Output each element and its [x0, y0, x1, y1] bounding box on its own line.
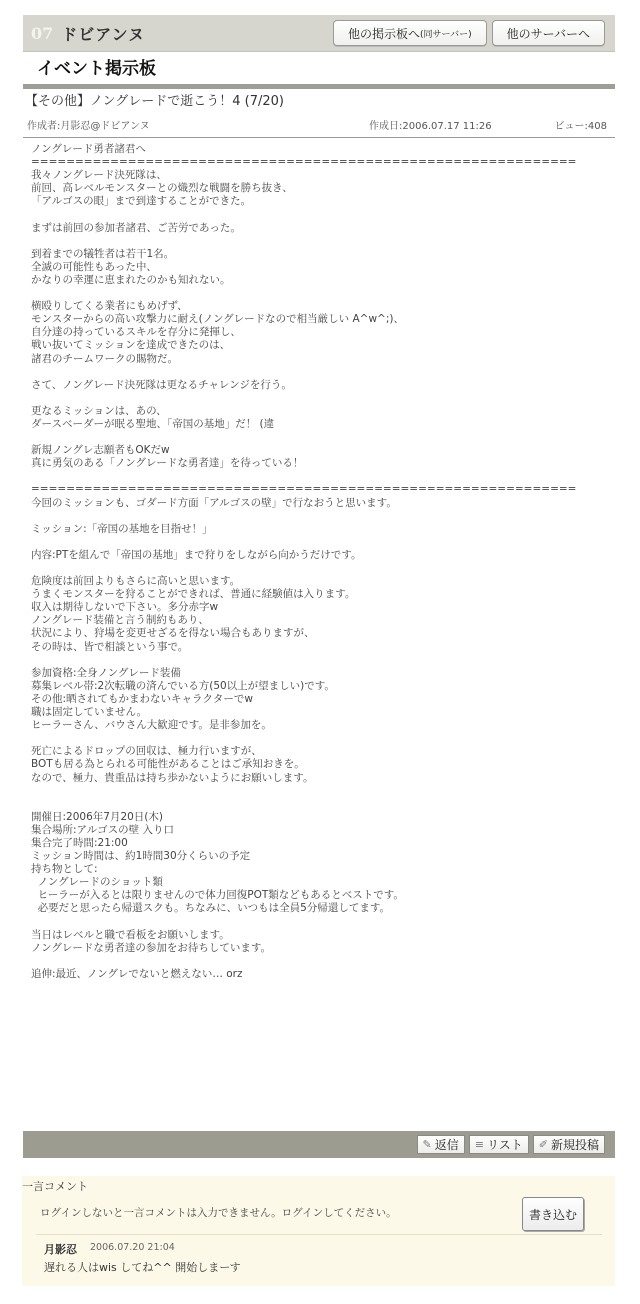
post-views: ビュー:408	[547, 117, 615, 137]
body-line: モンスターからの高い攻撃力に耐え(ノングレードなので相当厳しい A^w^;)、	[31, 313, 623, 326]
list-label: リスト	[487, 1136, 523, 1153]
created-label: 作成日:	[369, 121, 402, 132]
body-line: 横殴りしてくる業者にもめげず、	[31, 300, 623, 313]
body-line: 死亡によるドロップの回収は、極力行いますが、	[31, 745, 623, 758]
body-line: 前回、高レベルモンスターとの熾烈な戦闘を勝ち抜き、	[31, 182, 623, 195]
body-line	[31, 366, 623, 379]
body-line	[31, 470, 623, 483]
body-line: さて、ノングレード決死隊は更なるチャレンジを行う。	[31, 379, 623, 392]
body-line	[31, 536, 623, 549]
comment-author: 月影忍	[44, 1241, 77, 1257]
header-buttons: 他の掲示板へ(同サーバー) 他のサーバーへ	[333, 20, 605, 46]
body-line: ノングレードな勇者達の参加をお待ちしています。	[31, 942, 623, 955]
list-button[interactable]: ≡リスト	[469, 1135, 529, 1154]
body-line: 「アルゴスの眼」まで到達することができた。	[31, 195, 623, 208]
server-name: ドビアンヌ	[61, 22, 145, 45]
divider	[36, 1234, 602, 1235]
views-value: 408	[588, 121, 607, 132]
comment-date: 2006.07.20 21:04	[90, 1242, 175, 1253]
body-line: 危険度は前回よりもさらに高いと思います。	[31, 575, 623, 588]
body-line	[31, 287, 623, 300]
body-line: 状況により、狩場を変更せざるを得ない場合もありますが、	[31, 627, 623, 640]
body-line: 募集レベル帯:2次転職の済んでいる方(50以上が望ましい)です。	[31, 680, 623, 693]
body-line: 我々ノングレード決死隊は、	[31, 169, 623, 182]
body-line: 真に勇気のある「ノングレードな勇者達」を待っている！	[31, 457, 623, 470]
post-meta: 作成者:月影忍@ドビアンヌ 作成日:2006.07.17 11:26 ビュー:4…	[23, 117, 615, 138]
body-line: 今回のミッションも、ゴダード方面「アルゴスの壁」で行なおうと思います。	[31, 497, 623, 510]
body-line: その時は、皆で相談という事で。	[31, 641, 623, 654]
body-line: 自分達の持っているスキルを存分に発揮し、	[31, 326, 623, 339]
body-line: 当日はレベルと職で看板をお願いします。	[31, 929, 623, 942]
created-value: 2006.07.17 11:26	[402, 121, 491, 132]
body-line: 全滅の可能性もあった中、	[31, 261, 623, 274]
server-header: 07 ドビアンヌ 他の掲示板へ(同サーバー) 他のサーバーへ	[23, 15, 615, 52]
views-label: ビュー:	[555, 121, 588, 132]
body-line	[31, 392, 623, 405]
body-line: その他:晒されてもかまわないキャラクターでw	[31, 693, 623, 706]
author-label: 作成者:	[27, 121, 60, 132]
separator-line: ========================================…	[31, 156, 623, 169]
body-line: 新規ノングレ志願者もOKだw	[31, 444, 623, 457]
other-boards-button[interactable]: 他の掲示板へ(同サーバー)	[333, 20, 487, 46]
body-line: ノングレードのショット類	[31, 876, 623, 889]
board-title: イベント掲示板	[23, 54, 629, 84]
body-line: かなりの幸運に恵まれたのかも知れない。	[31, 274, 623, 287]
body-line: 収入は期待しないで下さい。多分赤字w	[31, 601, 623, 614]
body-line	[31, 798, 623, 811]
reply-label: 返信	[435, 1136, 459, 1153]
body-line: 必要だと思ったら帰還スクも。ちなみに、いつもは全員5分帰還してます。	[31, 902, 623, 915]
body-line: 持ち物として:	[31, 863, 623, 876]
comment-section-title: 一言コメント	[22, 1178, 88, 1194]
body-line: 職は固定していません。	[31, 706, 623, 719]
body-line: BOTも居る為とられる可能性があることはご承知おきを。	[31, 758, 623, 771]
author-value: 月影忍@ドビアンヌ	[60, 121, 149, 132]
post-created: 作成日:2006.07.17 11:26	[369, 117, 547, 137]
new-post-label: 新規投稿	[551, 1136, 599, 1153]
body-line: ヒーラーが入るとは限りませんので体力回復POT類などもあるとベストです。	[31, 889, 623, 902]
body-line: うまくモンスターを狩ることができれば、普通に経験値は入ります。	[31, 588, 623, 601]
body-line: 戦い抜いてミッションを達成できたのは、	[31, 339, 623, 352]
pencil-icon: ✎	[423, 1138, 432, 1151]
write-comment-button[interactable]: 書き込む	[522, 1197, 584, 1231]
body-line	[31, 510, 623, 523]
body-line	[31, 916, 623, 929]
server-number: 07	[31, 24, 53, 43]
body-line: ミッション時間は、約1時間30分くらいの予定	[31, 850, 623, 863]
body-line: 開催日:2006年7月20日(木)	[31, 811, 623, 824]
body-line: 更なるミッションは、あの、	[31, 405, 623, 418]
body-line: 集合場所:アルゴスの壁 入り口	[31, 824, 623, 837]
post-body: ノングレード勇者諸君へ=============================…	[23, 143, 623, 981]
body-line	[31, 785, 623, 798]
separator-line: ========================================…	[31, 483, 623, 496]
body-line	[31, 208, 623, 221]
body-line: 集合完了時間:21:00	[31, 837, 623, 850]
body-line	[31, 955, 623, 968]
body-line: なので、極力、貴重品は持ち歩かないようにお願いします。	[31, 772, 623, 785]
new-post-icon: ✐	[539, 1138, 548, 1151]
body-line	[31, 654, 623, 667]
login-note: ログインしないと一言コメントは入力できません。ログインしてください。	[40, 1205, 397, 1220]
body-line: ノングレード勇者諸君へ	[31, 143, 623, 156]
body-line: 追伸:最近、ノングレでないと燃えない… orz	[31, 968, 623, 981]
comment-section: 一言コメント ログインしないと一言コメントは入力できません。ログインしてください…	[22, 1176, 615, 1286]
body-line	[31, 562, 623, 575]
body-line: ミッション:「帝国の基地を目指せ！」	[31, 523, 623, 536]
body-line: ノングレード装備と言う制約もあり、	[31, 614, 623, 627]
other-servers-button[interactable]: 他のサーバーへ	[492, 20, 605, 46]
body-line: ヒーラーさん、バウさん大歓迎です。是非参加を。	[31, 719, 623, 732]
reply-button[interactable]: ✎返信	[417, 1135, 465, 1154]
new-post-button[interactable]: ✐新規投稿	[533, 1135, 605, 1154]
other-boards-sublabel: (同サーバー)	[420, 27, 472, 40]
body-line	[31, 732, 623, 745]
other-boards-label: 他の掲示板へ	[348, 25, 420, 42]
divider	[23, 84, 615, 89]
body-line: 内容:PTを組んで「帝国の基地」まで狩りをしながら向かうだけです。	[31, 549, 623, 562]
body-line: ダースベーダーが眠る聖地、「帝国の基地」だ！ (違	[31, 418, 623, 431]
body-line: まずは前回の参加者諸君、ご苦労であった。	[31, 222, 623, 235]
body-line: 参加資格:全身ノングレード装備	[31, 667, 623, 680]
body-line: 到着までの犠牲者は若干1名。	[31, 248, 623, 261]
body-line	[31, 235, 623, 248]
post-author: 作成者:月影忍@ドビアンヌ	[23, 117, 369, 137]
body-line: 諸君のチームワークの賜物だ。	[31, 353, 623, 366]
post-title: 【その他】ノングレードで逝こう！4 (7/20)	[23, 92, 617, 112]
list-icon: ≡	[475, 1138, 484, 1151]
body-line	[31, 431, 623, 444]
post-footer-bar: ✎返信 ≡リスト ✐新規投稿	[23, 1131, 615, 1158]
comment-text: 遅れる人はwis してね^^ 開始しまーす	[44, 1259, 241, 1275]
